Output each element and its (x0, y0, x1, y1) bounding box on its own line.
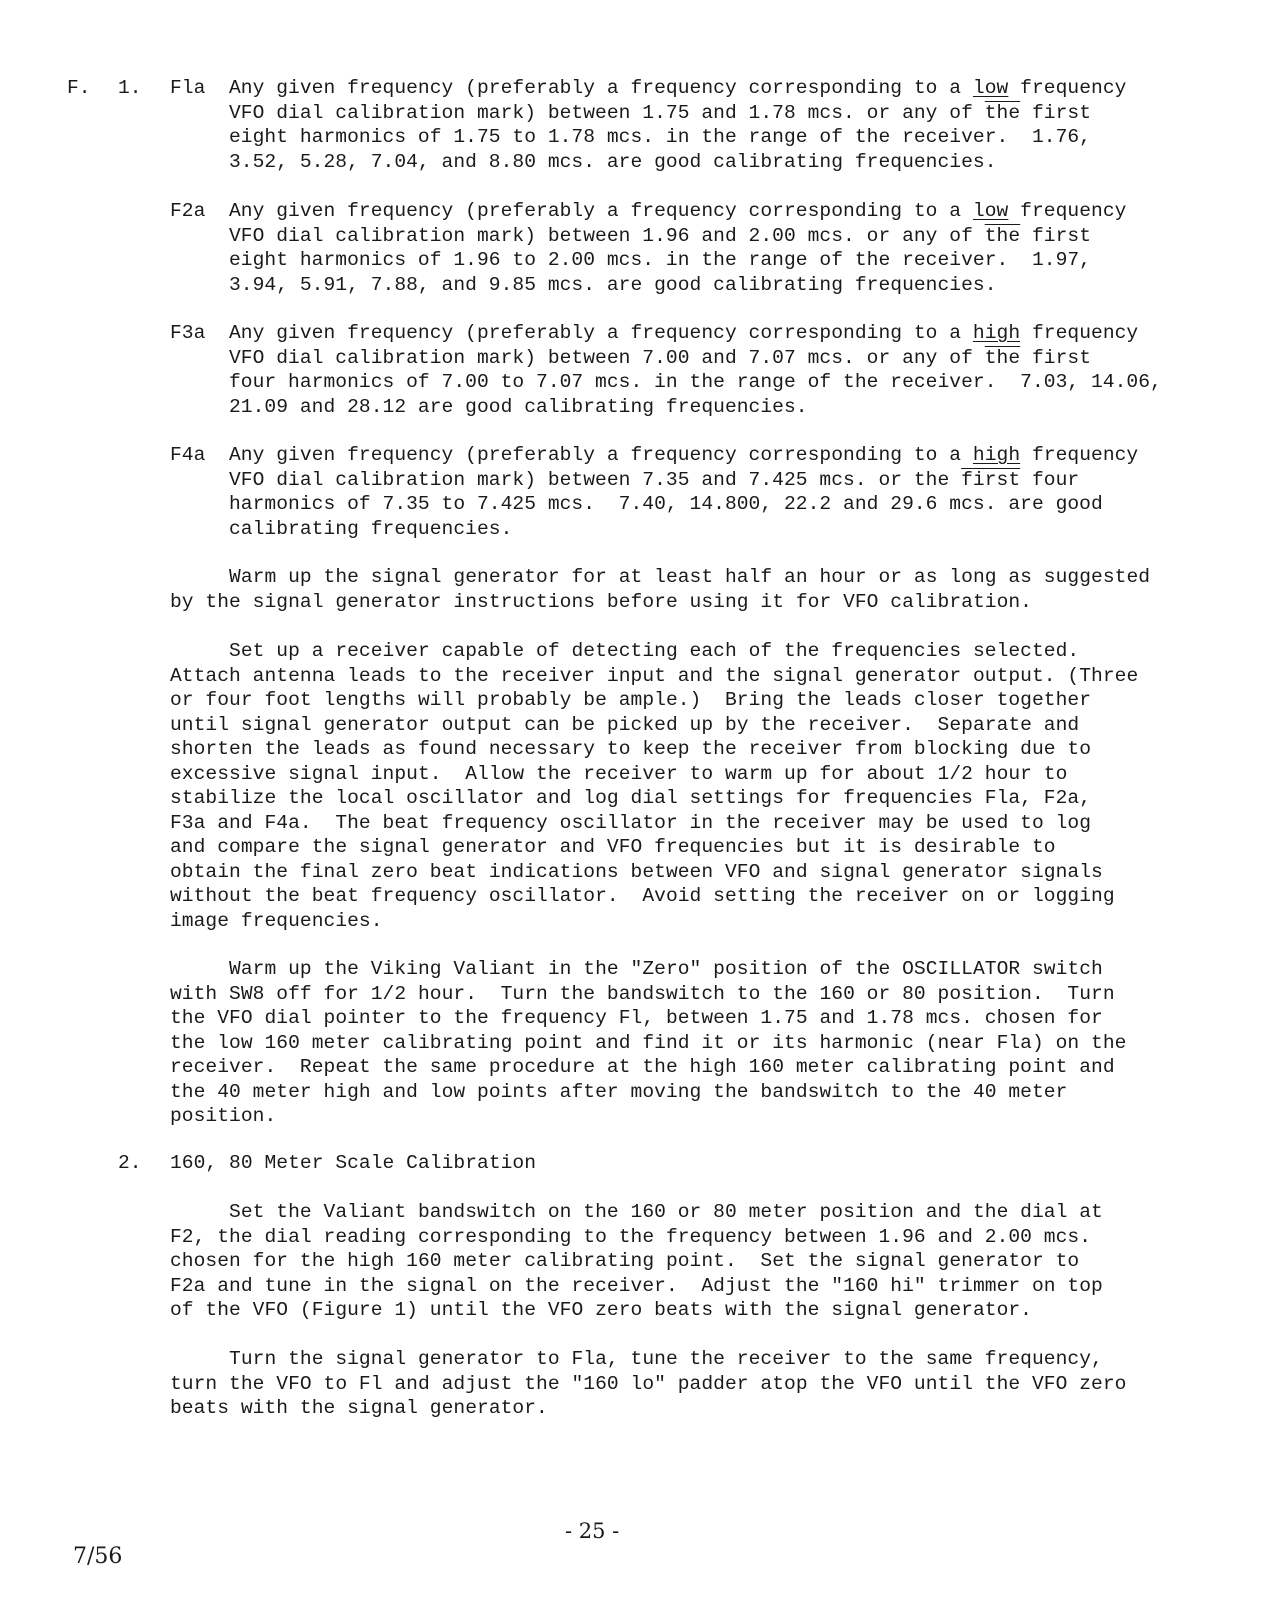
paragraph-line: Set up a receiver capable of detecting e… (170, 639, 1079, 664)
overlined-mark: first (961, 469, 1020, 491)
paragraph-line: position. (170, 1104, 276, 1129)
revision-date: 7/56 (73, 1544, 122, 1569)
paragraph-line: shorten the leads as found necessary to … (170, 737, 1091, 762)
entry-text-line: VFO dial calibration mark) between 1.96 … (229, 224, 1091, 249)
paragraph-line: the 40 meter high and low points after m… (170, 1080, 1067, 1105)
paragraph-line: the low 160 meter calibrating point and … (170, 1031, 1126, 1056)
paragraph-line: F2, the dial reading corresponding to th… (170, 1225, 1091, 1250)
paragraph-line: Set the Valiant bandswitch on the 160 or… (170, 1200, 1103, 1225)
overlined-mark: the (985, 102, 1020, 124)
entry-label: F2a (170, 199, 205, 224)
paragraph-line: F3a and F4a. The beat frequency oscillat… (170, 811, 1091, 836)
entry-text-line: VFO dial calibration mark) between 1.75 … (229, 101, 1091, 126)
entry-text-line: Any given frequency (preferably a freque… (229, 199, 1126, 224)
section-heading: 160, 80 Meter Scale Calibration (170, 1151, 536, 1176)
paragraph-line: by the signal generator instructions bef… (170, 590, 1032, 615)
paragraph-line: and compare the signal generator and VFO… (170, 835, 1056, 860)
entry-text-line: 3.52, 5.28, 7.04, and 8.80 mcs. are good… (229, 150, 997, 175)
paragraph-line: Turn the signal generator to Fla, tune t… (170, 1347, 1103, 1372)
paragraph-line: receiver. Repeat the same procedure at t… (170, 1055, 1115, 1080)
overlined-mark: the (985, 347, 1020, 369)
entry-text-line: eight harmonics of 1.96 to 2.00 mcs. in … (229, 248, 1091, 273)
underlined-emphasis: low (973, 77, 1008, 99)
paragraph-line: with SW8 off for 1/2 hour. Turn the band… (170, 982, 1115, 1007)
entry-label: Fla (170, 76, 205, 101)
entry-label: F4a (170, 443, 205, 468)
paragraph-line: image frequencies. (170, 909, 383, 934)
section-letter: F. (67, 76, 91, 101)
paragraph-line: without the beat frequency oscillator. A… (170, 884, 1115, 909)
entry-text-line: VFO dial calibration mark) between 7.35 … (229, 468, 1079, 493)
underlined-emphasis: high (973, 444, 1020, 466)
paragraph-line: obtain the final zero beat indications b… (170, 860, 1103, 885)
underlined-emphasis: high (973, 322, 1020, 344)
paragraph-line: Warm up the signal generator for at leas… (170, 565, 1150, 590)
paragraph-line: stabilize the local oscillator and log d… (170, 786, 1091, 811)
entry-text-line: calibrating frequencies. (229, 517, 512, 542)
paragraph-line: or four foot lengths will probably be am… (170, 688, 1091, 713)
entry-text-line: 3.94, 5.91, 7.88, and 9.85 mcs. are good… (229, 273, 997, 298)
overlined-mark: the (985, 225, 1020, 247)
entry-text-line: four harmonics of 7.00 to 7.07 mcs. in t… (229, 370, 1162, 395)
document-page: F. 1. FlaAny given frequency (preferably… (0, 0, 1275, 1608)
paragraph-line: excessive signal input. Allow the receiv… (170, 762, 1067, 787)
entry-text-line: harmonics of 7.35 to 7.425 mcs. 7.40, 14… (229, 492, 1103, 517)
paragraph-line: of the VFO (Figure 1) until the VFO zero… (170, 1298, 1032, 1323)
entry-text-line: Any given frequency (preferably a freque… (229, 443, 1138, 468)
paragraph-line: the VFO dial pointer to the frequency Fl… (170, 1006, 1103, 1031)
entry-text-line: eight harmonics of 1.75 to 1.78 mcs. in … (229, 125, 1091, 150)
paragraph-line: Warm up the Viking Valiant in the "Zero"… (170, 957, 1103, 982)
item-number-1: 1. (118, 76, 142, 101)
entry-text-line: 21.09 and 28.12 are good calibrating fre… (229, 395, 808, 420)
paragraph-line: until signal generator output can be pic… (170, 713, 1079, 738)
entry-text-line: VFO dial calibration mark) between 7.00 … (229, 346, 1091, 371)
entry-text-line: Any given frequency (preferably a freque… (229, 321, 1138, 346)
paragraph-line: turn the VFO to Fl and adjust the "160 l… (170, 1372, 1126, 1397)
paragraph-line: beats with the signal generator. (170, 1396, 548, 1421)
entry-text-line: Any given frequency (preferably a freque… (229, 76, 1126, 101)
entry-label: F3a (170, 321, 205, 346)
underlined-emphasis: low (973, 200, 1008, 222)
paragraph-line: chosen for the high 160 meter calibratin… (170, 1249, 1079, 1274)
paragraph-line: F2a and tune in the signal on the receiv… (170, 1274, 1103, 1299)
item-number-2: 2. (118, 1151, 142, 1176)
page-number: - 25 - (565, 1519, 619, 1543)
paragraph-line: Attach antenna leads to the receiver inp… (170, 664, 1138, 689)
